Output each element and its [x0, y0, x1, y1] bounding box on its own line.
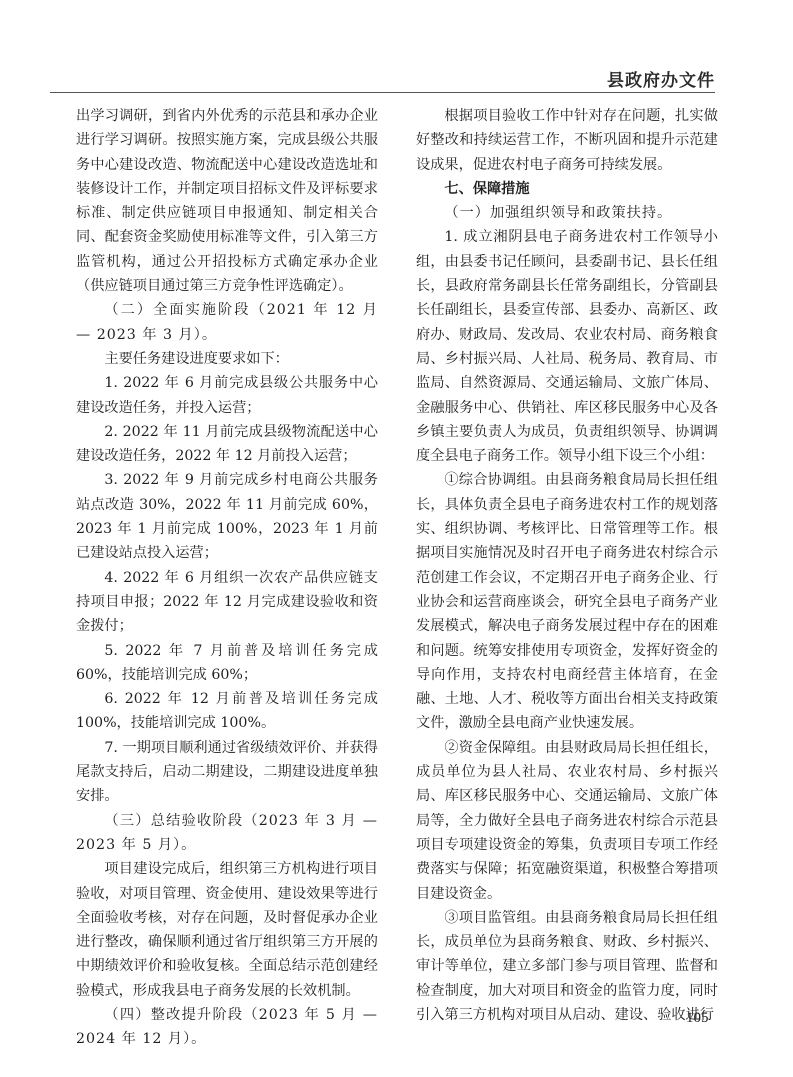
paragraph: 主要任务建设进度要求如下：	[76, 347, 378, 371]
section-subheading: （四）整改提升阶段（2023 年 5 月 — 2024 年 12 月）。	[76, 1003, 378, 1052]
header-title: 县政府办文件	[607, 66, 715, 91]
paragraph: 项目建设完成后，组织第三方机构进行项目验收，对项目管理、资金使用、建设效果等进行…	[76, 857, 378, 1003]
header-divider	[50, 92, 715, 93]
section-subheading: （二）全面实施阶段（2021 年 12 月 — 2023 年 3 月）。	[76, 298, 378, 347]
list-item: 1. 2022 年 6 月前完成县级公共服务中心建设改造任务，并投入运营；	[76, 371, 378, 420]
list-item: 4. 2022 年 6 月组织一次农产品供应链支持项目申报；2022 年 12 …	[76, 566, 378, 639]
left-column: 出学习调研，到省内外优秀的示范县和承办企业进行学习调研。按照实施方案，完成县级公…	[76, 104, 378, 1052]
paragraph: 出学习调研，到省内外优秀的示范县和承办企业进行学习调研。按照实施方案，完成县级公…	[76, 104, 378, 298]
paragraph: ①综合协调组。由县商务粮食局局长担任组长，具体负责全县电子商务进农村工作的规划落…	[416, 468, 718, 735]
section-heading: 七、保障措施	[416, 177, 718, 201]
page-number: 105	[686, 1010, 709, 1027]
list-item: 2. 2022 年 11 月前完成县级物流配送中心建设改造任务，2022 年 1…	[76, 420, 378, 469]
section-subheading: （一）加强组织领导和政策扶持。	[416, 201, 718, 225]
section-subheading: （三）总结验收阶段（2023 年 3 月 — 2023 年 5 月）。	[76, 809, 378, 858]
list-item: 7. 一期项目顺利通过省级绩效评价、并获得尾款支持后，启动二期建设，二期建设进度…	[76, 736, 378, 809]
paragraph: ②资金保障组。由县财政局局长担任组长，成员单位为县人社局、农业农村局、乡村振兴局…	[416, 736, 718, 906]
right-column: 根据项目验收工作中针对存在问题，扎实做好整改和持续运营工作，不断巩固和提升示范建…	[416, 104, 718, 1027]
list-item: 5. 2022 年 7 月前普及培训任务完成 60%，技能培训完成 60%；	[76, 639, 378, 688]
list-item: 6. 2022 年 12 月前普及培训任务完成 100%，技能培训完成 100%…	[76, 687, 378, 736]
paragraph: 根据项目验收工作中针对存在问题，扎实做好整改和持续运营工作，不断巩固和提升示范建…	[416, 104, 718, 177]
paragraph: 1. 成立湘阴县电子商务进农村工作领导小组，由县委书记任顾问，县委副书记、县长任…	[416, 225, 718, 468]
list-item: 3. 2022 年 9 月前完成乡村电商公共服务站点改造 30%，2022 年 …	[76, 468, 378, 565]
paragraph: ③项目监管组。由县商务粮食局局长担任组长，成员单位为县商务粮食、财政、乡村振兴、…	[416, 906, 718, 1027]
